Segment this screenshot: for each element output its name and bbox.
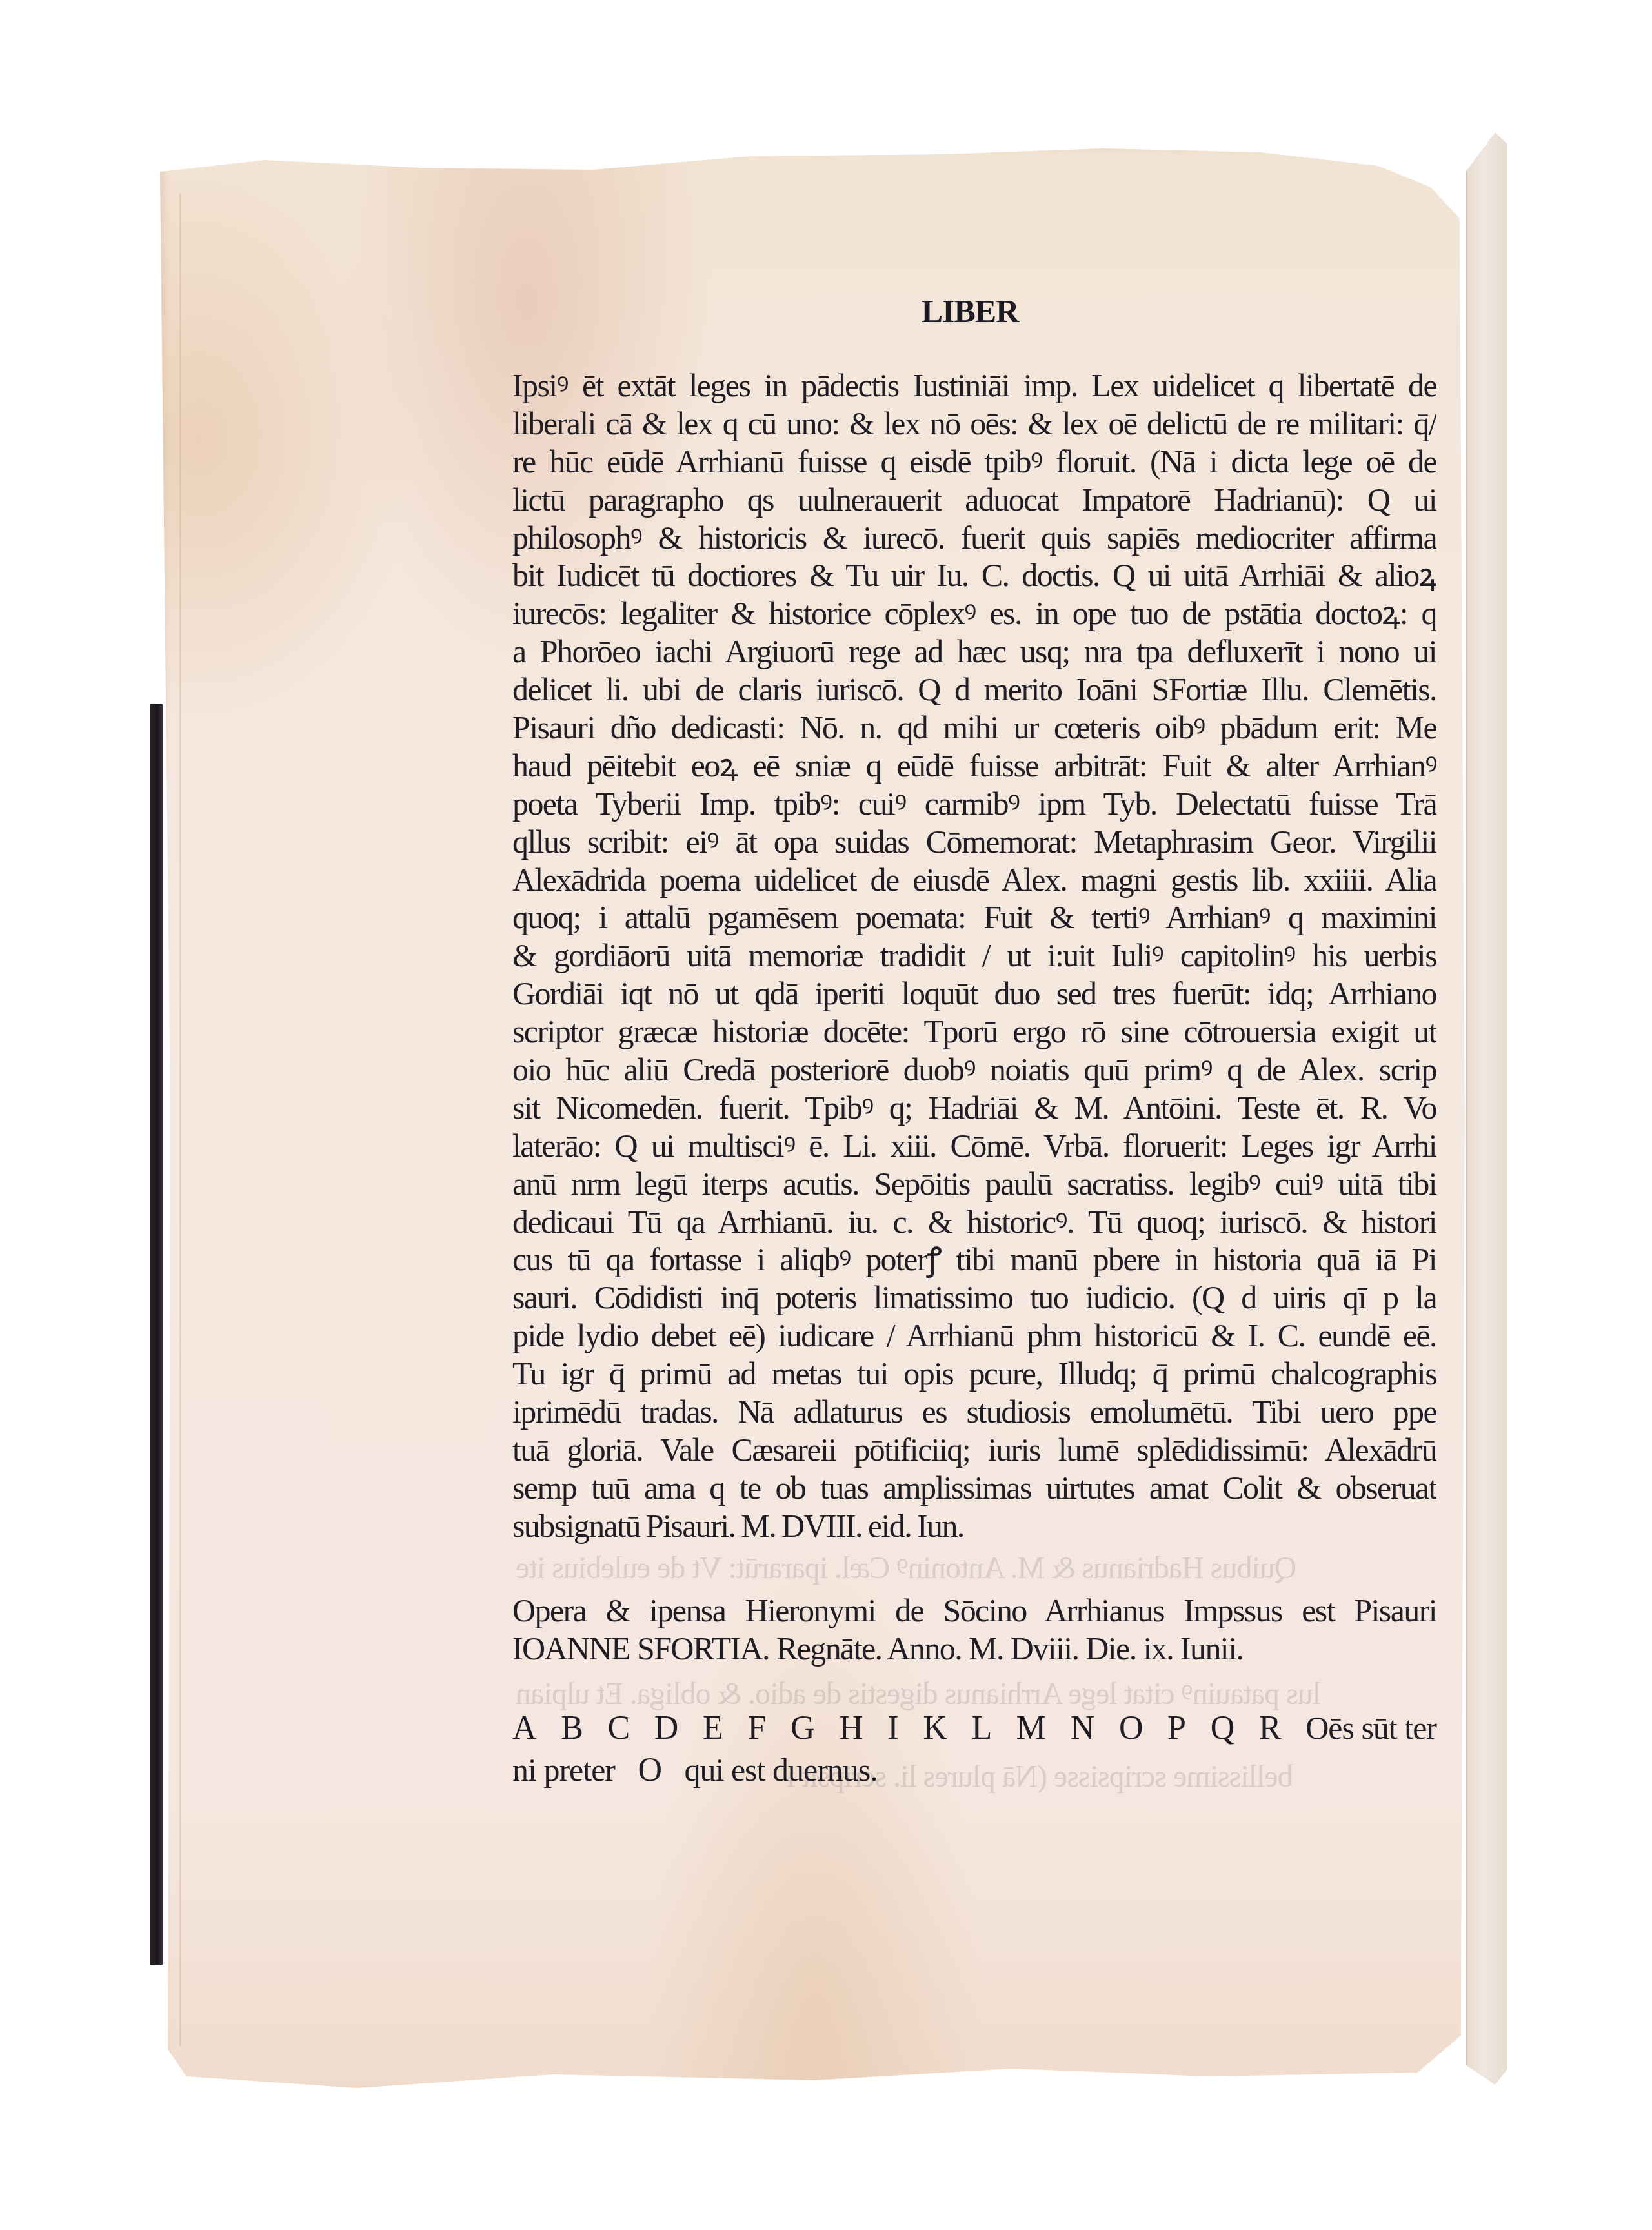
text-line: Alexādrida poema uidelicet de eiusdē Ale… (512, 861, 1436, 899)
register-letter: I (887, 1708, 898, 1749)
text-line-dated: subsignatū Pisauri. M. DVIII. eid. Iun. (512, 1507, 1436, 1545)
text-line: & gordiāorū uitā memoriæ tradidit / ut i… (512, 937, 1436, 975)
page-fold-line (179, 194, 181, 2046)
text-line: bit Iudicēt tū doctiores & Tu uir Iu. C.… (512, 556, 1436, 594)
next-leaf-edge (1466, 132, 1507, 2085)
register-letter: A (512, 1708, 536, 1749)
register-letters: A B C D E F G H I K L M N O P Q R Oēs sū… (512, 1707, 1436, 1749)
body-text: Ipsiꝰ ēt extāt leges in pādectis Iustini… (512, 367, 1436, 1545)
register-letter: B (561, 1708, 583, 1749)
register-letter: H (839, 1708, 863, 1749)
text-line: quoq; i attalū pgamēsem poemata: Fuit & … (512, 898, 1436, 937)
register-letter: Q (1211, 1708, 1234, 1749)
register-note: Oēs sūt ter (1305, 1707, 1436, 1749)
text-line: anū nrm legū iterps acutis. Sepōitis pau… (512, 1165, 1436, 1203)
register-letter: F (747, 1708, 765, 1749)
text-line: philosophꝰ & historicis & iurecō. fuerit… (512, 519, 1436, 557)
register-of-signatures: A B C D E F G H I K L M N O P Q R Oēs sū… (512, 1707, 1436, 1791)
text-line: sit Nicomedēn. fuerit. Tpibꝰ q; Hadriāi … (512, 1089, 1436, 1127)
text-line: a Phorōeo iachi Argiuorū rege ad hæc usq… (512, 633, 1436, 671)
register-letter: N (1071, 1708, 1094, 1749)
colophon: Opera & ipensa Hieronymi de Sōcino Arrhi… (512, 1592, 1436, 1668)
text-line: liberali cā & lex q cū uno: & lex nō oēs… (512, 405, 1436, 443)
register-letter: K (923, 1708, 947, 1749)
text-line: delicet li. ubi de claris iuriscō. Q d m… (512, 671, 1436, 709)
text-line: Tu igr q̄ primū ad metas tui opis pcure,… (512, 1355, 1436, 1393)
text-line: oio hūc aliū Credā posteriorē duobꝰ noia… (512, 1051, 1436, 1089)
text-line: iurecōs: legaliter & historice cōplexꝰ e… (512, 594, 1436, 633)
text-line: cus tū qa fortasse i aliqbꝰ poterꝭ tibi … (512, 1241, 1436, 1279)
text-line: pide lydio debet eē) iudicare / Arrhianū… (512, 1317, 1436, 1355)
text-line: Ipsiꝰ ēt extāt leges in pādectis Iustini… (512, 367, 1436, 405)
register-note-line2: ni preter O qui est duernus. (512, 1749, 1436, 1791)
text-line: iprimēdū tradas. Nā adlaturus es studios… (512, 1393, 1436, 1431)
register-letter: D (654, 1708, 678, 1749)
register-letter: C (608, 1708, 630, 1749)
text-line: semp tuū ama q te ob tuas amplissimas ui… (512, 1469, 1436, 1507)
page-heading: LIBER (915, 292, 1025, 330)
text-line: lictū paragrapho qs uulnerauerit aduocat… (512, 481, 1436, 519)
register-note-prefix: ni preter (512, 1752, 615, 1788)
register-note-suffix: qui est duernus. (685, 1752, 878, 1788)
book-cover-edge (150, 704, 163, 1965)
register-letter: O (1119, 1708, 1143, 1749)
text-line: laterāo: Q ui multisciꝰ ē. Li. xiii. Cōm… (512, 1127, 1436, 1165)
register-letter: L (971, 1708, 991, 1749)
text-line: qllus scribit: eiꝰ āt opa suidas Cōmemor… (512, 823, 1436, 861)
register-letter-o: O (638, 1752, 661, 1789)
text-line: tuā gloriā. Vale Cæsareii pōtificiiq; iu… (512, 1431, 1436, 1469)
register-letter: M (1016, 1708, 1045, 1749)
text-line: dedicaui Tū qa Arrhianū. iu. c. & histor… (512, 1203, 1436, 1241)
text-line: sauri. Cōdidisti inq̄ poteris limatissim… (512, 1279, 1436, 1317)
text-line: Gordiāi iqt nō ut qdā iperiti loquūt duo… (512, 975, 1436, 1013)
show-through-text: Quibus Hadrianus & M. Antoninꝰ Cæl. ipar… (516, 1546, 1296, 1588)
register-letter: G (791, 1708, 814, 1749)
text-line: poeta Tyberii Imp. tpibꝰ: cuiꝰ carmibꝰ i… (512, 785, 1436, 823)
register-letter: P (1167, 1708, 1185, 1749)
text-line: scriptor græcæ historiæ docēte: Tporū er… (512, 1013, 1436, 1051)
register-letter: E (703, 1708, 723, 1749)
text-line: re hūc eūdē Arrhianū fuisse q eisdē tpib… (512, 443, 1436, 481)
text-line: Pisauri dño dedicasti: Nō. n. qd mihi ur… (512, 709, 1436, 747)
text-line: haud pēitebit eoꝝ eē sniæ q eūdē fuisse … (512, 747, 1436, 785)
register-letter: R (1259, 1708, 1281, 1749)
colophon-line: IOANNE SFORTIA. Regnāte. Anno. M. Dviii.… (512, 1630, 1436, 1668)
colophon-line: Opera & ipensa Hieronymi de Sōcino Arrhi… (512, 1592, 1436, 1630)
